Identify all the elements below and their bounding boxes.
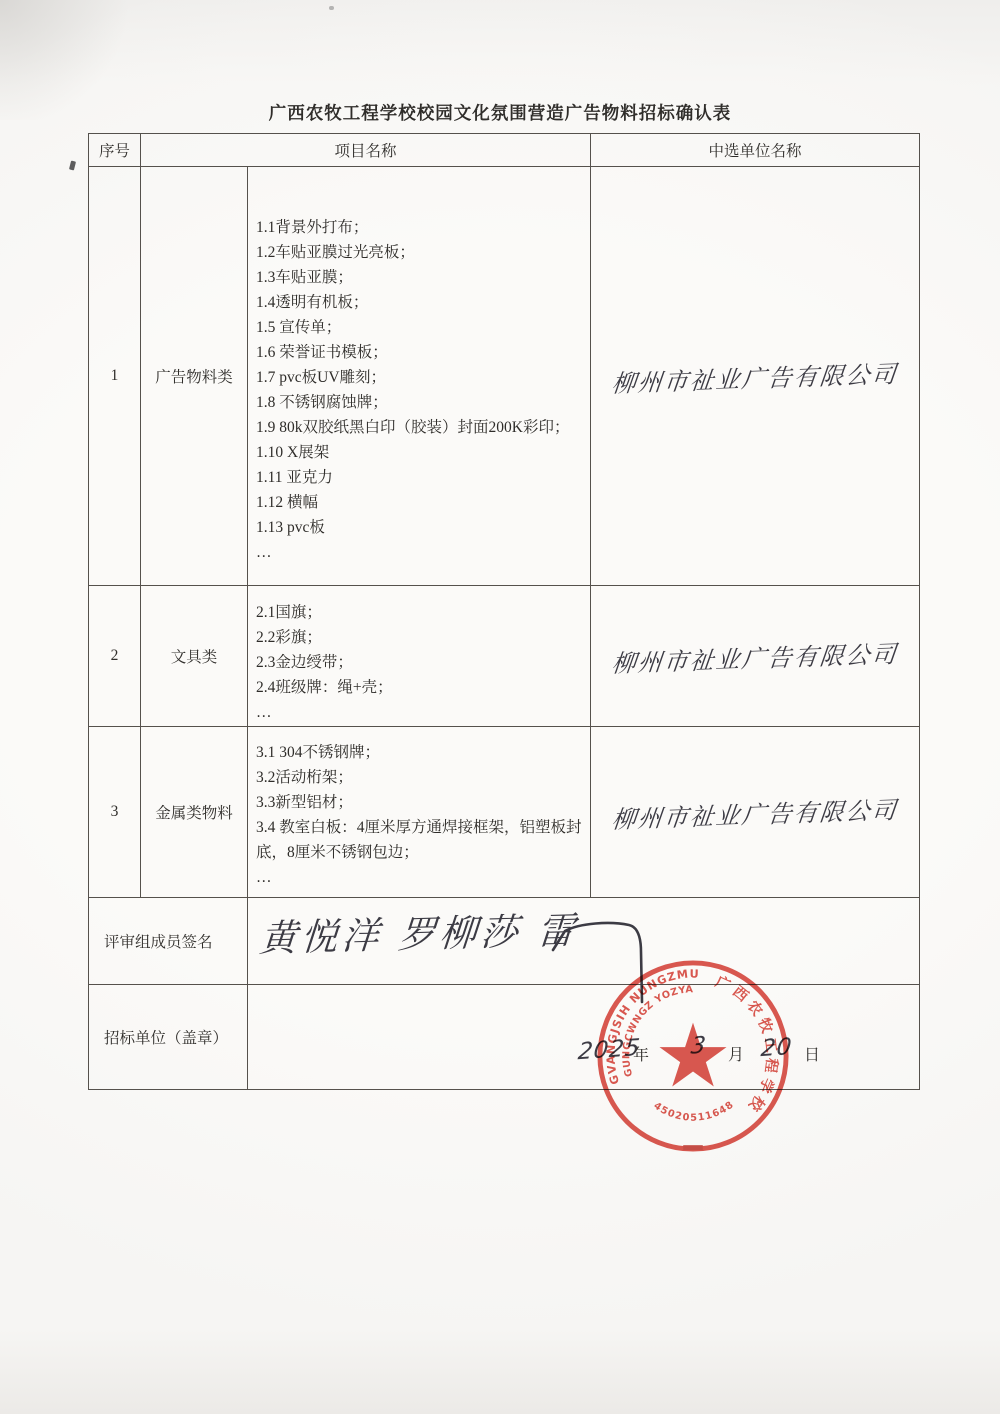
stamp-bottom-mark [683, 1145, 703, 1150]
row3-items: 3.1 304不锈钢牌； 3.2活动桁架； 3.3新型铝材； 3.4 教室白板：… [248, 735, 590, 890]
row3-category: 金属类物料 [141, 727, 248, 898]
header-winner: 中选单位名称 [591, 134, 920, 167]
row3-items-cell: 3.1 304不锈钢牌； 3.2活动桁架； 3.3新型铝材； 3.4 教室白板：… [248, 727, 591, 898]
row1-winner-signature: 柳州市祉业广告有限公司 [610, 353, 900, 398]
row3-winner-cell: 柳州市祉业广告有限公司 [591, 727, 920, 898]
scanned-page: 广西农牧工程学校校园文化氛围营造广告物料招标确认表 序号 项目名称 中选单位名称… [0, 0, 1000, 1414]
row2-winner-cell: 柳州市祉业广告有限公司 [591, 586, 920, 727]
date-day-label: 日 [804, 1042, 820, 1065]
svg-text:广西农牧工程学校: 广西农牧工程学校 [713, 972, 782, 1118]
ink-speck [69, 161, 76, 171]
scan-speck [329, 6, 334, 10]
table-row-3: 3 金属类物料 3.1 304不锈钢牌； 3.2活动桁架； 3.3新型铝材； 3… [89, 727, 920, 898]
row2-index: 2 [89, 586, 141, 727]
row1-items-cell: 1.1背景外打布； 1.2车贴亚膜过光亮板； 1.3车贴亚膜； 1.4透明有机板… [248, 167, 591, 586]
signature-row-label: 评审组成员签名 [89, 898, 248, 985]
signature-row: 评审组成员签名 黄悦洋 罗柳莎 雷 [89, 898, 920, 985]
stamp-chinese-text: 广西农牧工程学校 [713, 972, 782, 1118]
header-row: 序号 项目名称 中选单位名称 [89, 134, 920, 167]
seal-area: 2025 年 3 月 20 日 [248, 985, 920, 1090]
row1-index: 1 [89, 167, 141, 586]
signature-area: 黄悦洋 罗柳莎 雷 [248, 898, 920, 985]
row2-items-cell: 2.1国旗； 2.2彩旗； 2.3金边绶带； 2.4班级牌：绳+壳； … [248, 586, 591, 727]
row2-category: 文具类 [141, 586, 248, 727]
row2-winner-signature: 柳州市祉业广告有限公司 [610, 633, 900, 678]
stamp-star [659, 1023, 726, 1087]
confirmation-table: 序号 项目名称 中选单位名称 1 广告物料类 1.1背景外打布； 1.2车贴亚膜… [88, 133, 920, 1090]
row1-winner-cell: 柳州市祉业广告有限公司 [591, 167, 920, 586]
seal-row: 招标单位（盖章） 2025 年 3 月 20 日 [89, 985, 920, 1090]
row1-items: 1.1背景外打布； 1.2车贴亚膜过光亮板； 1.3车贴亚膜； 1.4透明有机板… [248, 187, 590, 565]
header-index: 序号 [89, 134, 141, 167]
table-row-1: 1 广告物料类 1.1背景外打布； 1.2车贴亚膜过光亮板； 1.3车贴亚膜； … [89, 167, 920, 586]
row3-winner-signature: 柳州市祉业广告有限公司 [610, 789, 900, 834]
table-row-2: 2 文具类 2.1国旗； 2.2彩旗； 2.3金边绶带； 2.4班级牌：绳+壳；… [89, 586, 920, 727]
document-title: 广西农牧工程学校校园文化氛围营造广告物料招标确认表 [0, 100, 1000, 125]
row1-category: 广告物料类 [141, 167, 248, 586]
date-line: 2025 年 3 月 20 日 [248, 985, 919, 1089]
official-red-stamp: GVANGJSIH NUNGZMUZ GUNGCWNGZ YOZYAU 广西农牧… [595, 958, 791, 1154]
seal-row-label: 招标单位（盖章） [89, 985, 248, 1090]
header-project: 项目名称 [141, 134, 591, 167]
row2-items: 2.1国旗； 2.2彩旗； 2.3金边绶带； 2.4班级牌：绳+壳； … [248, 588, 590, 725]
row3-index: 3 [89, 727, 141, 898]
